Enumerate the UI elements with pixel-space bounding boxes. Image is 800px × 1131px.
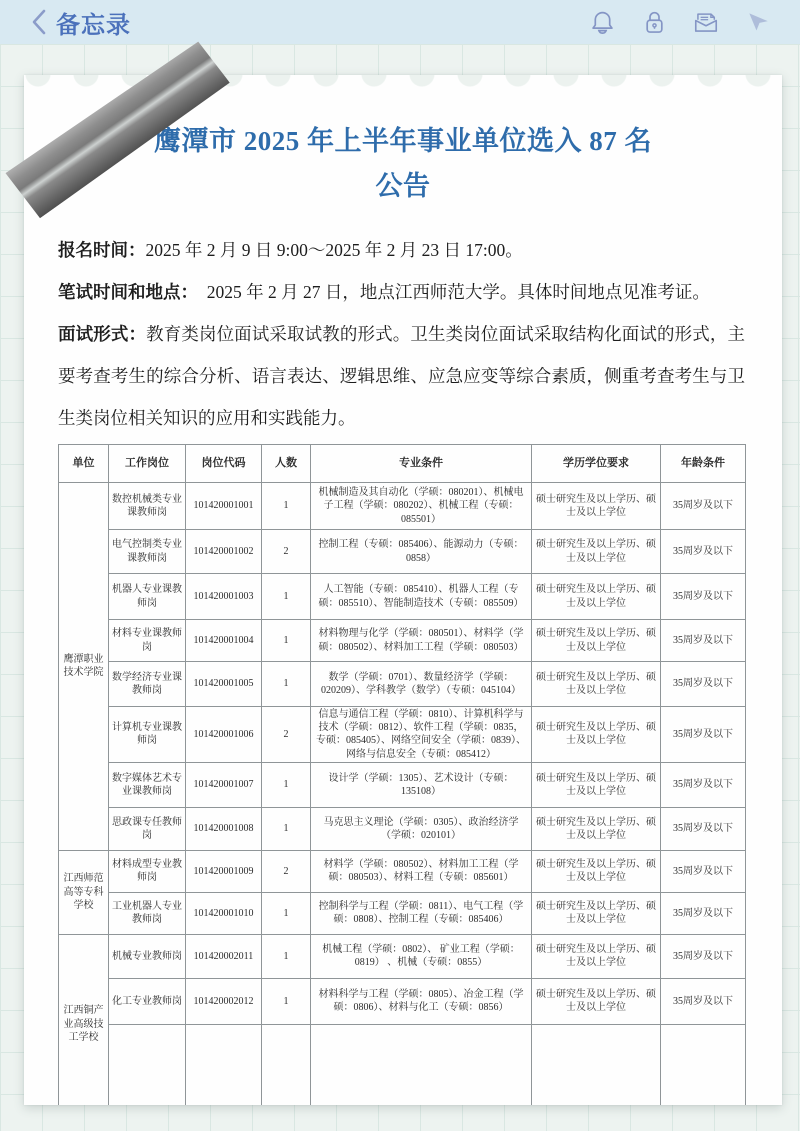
cell-age: 35周岁及以下 [661,762,746,807]
cell-age [661,1024,746,1105]
cell-position: 数控机械类专业课教师岗 [109,483,186,530]
cell-position: 工业机器人专业教师岗 [109,892,186,934]
paragraph-text: 2025 年 2 月 27 日，地点江西师范大学。具体时间地点见准考证。 [189,282,710,302]
paragraph-label: 面试形式： [58,324,146,344]
table-row: 材料专业课教师岗1014200010041材料物理与化学（学硕：080501）、… [59,620,746,662]
cell-code: 101420001006 [186,707,262,763]
cell-education [532,1024,661,1105]
bell-icon[interactable] [588,8,616,36]
table-row: 计算机专业课教师岗1014200010062信息与通信工程（学硕：0810）、计… [59,707,746,763]
cell-majors: 人工智能（专硕：085410）、机器人工程（专硕：085510）、智能制造技术（… [311,574,532,620]
unit-cell: 江西师范高等专科学校 [59,850,109,934]
table-row: 数学经济专业课教师岗1014200010051数学（学硕：0701）、数量经济学… [59,662,746,707]
cell-code: 101420001007 [186,762,262,807]
lock-icon[interactable] [640,8,668,36]
cell-age: 35周岁及以下 [661,662,746,707]
announcement-title-line2: 公告 [24,164,782,209]
cell-count: 1 [262,762,311,807]
cell-age: 35周岁及以下 [661,620,746,662]
positions-table-body: 鹰潭职业技术学院数控机械类专业课教师岗1014200010011机械制造及其自动… [59,483,746,1106]
cell-count: 1 [262,574,311,620]
cell-position: 电气控制类专业课教师岗 [109,530,186,574]
cell-count: 1 [262,620,311,662]
cell-education: 硕士研究生及以上学历、硕士及以上学位 [532,620,661,662]
paragraph-label: 笔试时间和地点： [58,282,189,302]
cell-age: 35周岁及以下 [661,707,746,763]
cell-age: 35周岁及以下 [661,892,746,934]
column-header: 学历学位要求 [532,445,661,483]
table-row: 思政课专任教师岗1014200010081马克思主义理论（学硕：0305）、政治… [59,807,746,850]
topbar: 备忘录 [0,0,800,44]
cell-age: 35周岁及以下 [661,978,746,1024]
cell-education: 硕士研究生及以上学历、硕士及以上学位 [532,762,661,807]
table-row [59,1024,746,1105]
cell-majors: 数学（学硕：0701）、数量经济学（学硕：020209）、学科教学（数学）（专硕… [311,662,532,707]
column-header: 单位 [59,445,109,483]
cell-education: 硕士研究生及以上学历、硕士及以上学位 [532,707,661,763]
cell-code: 101420001005 [186,662,262,707]
table-row: 机器人专业课教师岗1014200010031人工智能（专硕：085410）、机器… [59,574,746,620]
cell-education: 硕士研究生及以上学历、硕士及以上学位 [532,978,661,1024]
cell-code: 101420001008 [186,807,262,850]
positions-table: 单位工作岗位岗位代码人数专业条件学历学位要求年龄条件 鹰潭职业技术学院数控机械类… [58,444,746,1105]
cell-majors: 材料科学与工程（学硕：0805）、冶金工程（学硕：0806）、材料与化工（专硕：… [311,978,532,1024]
cell-code: 101420001002 [186,530,262,574]
cell-education: 硕士研究生及以上学历、硕士及以上学位 [532,892,661,934]
cell-count: 1 [262,662,311,707]
cell-count: 1 [262,892,311,934]
cell-age: 35周岁及以下 [661,530,746,574]
table-row: 工业机器人专业教师岗1014200010101控制科学与工程（学硕：0811）、… [59,892,746,934]
table-row: 电气控制类专业课教师岗1014200010022控制工程（专硕：085406）、… [59,530,746,574]
cell-age: 35周岁及以下 [661,483,746,530]
cell-majors: 信息与通信工程（学硕：0810）、计算机科学与技术（学硕：0812）、软件工程（… [311,707,532,763]
cell-education: 硕士研究生及以上学历、硕士及以上学位 [532,574,661,620]
paragraph-label: 报名时间： [58,240,146,260]
cell-majors: 马克思主义理论（学硕：0305）、政治经济学（学硕：020101） [311,807,532,850]
cell-position: 机械专业教师岗 [109,934,186,978]
cell-count: 2 [262,707,311,763]
cell-position: 材料专业课教师岗 [109,620,186,662]
cell-education: 硕士研究生及以上学历、硕士及以上学位 [532,807,661,850]
cell-education: 硕士研究生及以上学历、硕士及以上学位 [532,850,661,892]
cell-code: 101420001003 [186,574,262,620]
cell-position: 材料成型专业教师岗 [109,850,186,892]
table-row: 江西师范高等专科学校材料成型专业教师岗1014200010092材料学（学硕：0… [59,850,746,892]
cell-code: 101420002012 [186,978,262,1024]
table-row: 数字媒体艺术专业课教师岗1014200010071设计学（学硕：1305）、艺术… [59,762,746,807]
cell-count: 1 [262,934,311,978]
cell-age: 35周岁及以下 [661,807,746,850]
table-row: 江西铜产业高级技工学校机械专业教师岗1014200020111机械工程（学硕：0… [59,934,746,978]
cell-majors: 材料学（学硕：080502）、材料加工工程（学硕：080503）、材料工程（专硕… [311,850,532,892]
cell-position: 思政课专任教师岗 [109,807,186,850]
cell-majors: 设计学（学硕：1305）、艺术设计（专硕：135108） [311,762,532,807]
cell-education: 硕士研究生及以上学历、硕士及以上学位 [532,662,661,707]
paragraph-text: 教育类岗位面试采取试教的形式。卫生类岗位面试采取结构化面试的形式，主要考查考生的… [58,324,745,428]
cell-code: 101420001009 [186,850,262,892]
cell-majors: 材料物理与化学（学硕：080501）、材料学（学硕：080502）、材料加工工程… [311,620,532,662]
cell-majors: 控制科学与工程（学硕：0811）、电气工程（学硕：0808）、控制工程（专硕：0… [311,892,532,934]
cell-majors: 机械工程（学硕：0802）、 矿业工程（学硕：0819） 、机械（专硕：0855… [311,934,532,978]
paragraph-1: 报名时间：2025 年 2 月 9 日 9:00～2025 年 2 月 23 日… [58,229,745,271]
cell-position: 数字媒体艺术专业课教师岗 [109,762,186,807]
topbar-icons [588,8,772,36]
cell-education: 硕士研究生及以上学历、硕士及以上学位 [532,530,661,574]
cell-age: 35周岁及以下 [661,574,746,620]
cell-position: 化工专业教师岗 [109,978,186,1024]
cell-count: 1 [262,483,311,530]
table-header-row: 单位工作岗位岗位代码人数专业条件学历学位要求年龄条件 [59,445,746,483]
cell-count: 1 [262,807,311,850]
unit-cell: 江西铜产业高级技工学校 [59,934,109,1105]
column-header: 人数 [262,445,311,483]
mail-icon[interactable] [692,8,720,36]
column-header: 工作岗位 [109,445,186,483]
app-title: 备忘录 [56,5,131,40]
cell-count [262,1024,311,1105]
cell-majors [311,1024,532,1105]
cell-education: 硕士研究生及以上学历、硕士及以上学位 [532,483,661,530]
cell-position: 机器人专业课教师岗 [109,574,186,620]
column-header: 年龄条件 [661,445,746,483]
cell-position: 数学经济专业课教师岗 [109,662,186,707]
cell-age: 35周岁及以下 [661,934,746,978]
paragraph-text: 2025 年 2 月 9 日 9:00～2025 年 2 月 23 日 17:0… [146,240,523,260]
table-row: 化工专业教师岗1014200020121材料科学与工程（学硕：0805）、冶金工… [59,978,746,1024]
paragraph-2: 笔试时间和地点： 2025 年 2 月 27 日，地点江西师范大学。具体时间地点… [58,271,745,313]
announcement-body: 报名时间：2025 年 2 月 9 日 9:00～2025 年 2 月 23 日… [58,229,745,439]
column-header: 专业条件 [311,445,532,483]
cell-code [186,1024,262,1105]
unit-cell: 鹰潭职业技术学院 [59,483,109,851]
cell-education: 硕士研究生及以上学历、硕士及以上学位 [532,934,661,978]
cell-count: 2 [262,530,311,574]
cell-code: 101420001010 [186,892,262,934]
cell-count: 1 [262,978,311,1024]
column-header: 岗位代码 [186,445,262,483]
table-row: 鹰潭职业技术学院数控机械类专业课教师岗1014200010011机械制造及其自动… [59,483,746,530]
cell-position [109,1024,186,1105]
cell-position: 计算机专业课教师岗 [109,707,186,763]
cell-code: 101420001004 [186,620,262,662]
cell-count: 2 [262,850,311,892]
cursor-icon[interactable] [744,8,772,36]
cell-age: 35周岁及以下 [661,850,746,892]
note-paper[interactable]: 鹰潭市 2025 年上半年事业单位选入 87 名 公告 报名时间：2025 年 … [24,75,782,1105]
cell-majors: 机械制造及其自动化（学硕：080201）、机械电子工程（学硕：080202）、机… [311,483,532,530]
paragraph-3: 面试形式：教育类岗位面试采取试教的形式。卫生类岗位面试采取结构化面试的形式，主要… [58,313,745,439]
cell-majors: 控制工程（专硕：085406）、能源动力（专硕：0858） [311,530,532,574]
back-chevron-icon[interactable] [30,9,48,35]
cell-code: 101420001001 [186,483,262,530]
cell-code: 101420002011 [186,934,262,978]
